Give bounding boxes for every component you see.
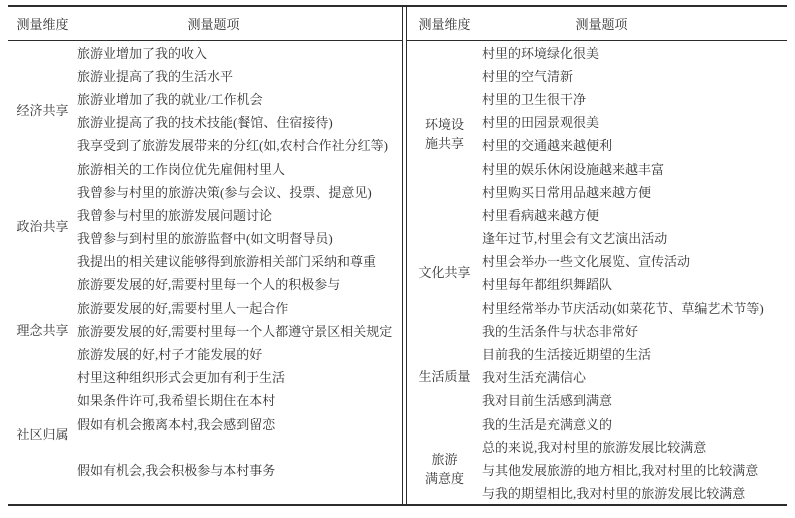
item-cell: 村里看病越来越方便 — [482, 203, 787, 226]
item-cell: 旅游要发展的好,需要村里人一起合作 — [77, 296, 402, 319]
item-cell: 与我的期望相比,我对村里的旅游发展比较满意 — [482, 481, 787, 504]
item-cell: 总的来说,我对村里的旅游发展比较满意 — [482, 435, 787, 458]
item-cell: 村里会举办一些文化展览、宣传活动 — [482, 249, 787, 272]
item-cell: 村里的空气清新 — [482, 64, 787, 87]
item-cell: 我的生活是充满意义的 — [482, 412, 787, 435]
item-cell: 我曾参与村里的旅游决策(参与会议、投票、提意见) — [77, 180, 402, 203]
dimension-cell: 环境设 施共享 — [407, 41, 482, 227]
item-cell: 村里的田园景观很美 — [482, 110, 787, 133]
table-row: 理念共享旅游要发展的好,需要村里每一个人的积极参与 — [8, 272, 402, 295]
dimension-cell: 经济共享 — [8, 41, 77, 180]
scale-table-left-half: 测量维度 测量题项 经济共享旅游业增加了我的收入旅游业提高了我的生活水平旅游业增… — [8, 7, 402, 504]
table-row: 文化共享逢年过节,村里会有文艺演出活动 — [407, 226, 787, 249]
table-row: 经济共享旅游业增加了我的收入 — [8, 41, 402, 64]
table-header-row: 测量维度 测量题项 — [407, 7, 787, 41]
item-cell: 村里的交通越来越便利 — [482, 133, 787, 156]
item-cell: 逢年过节,村里会有文艺演出活动 — [482, 226, 787, 249]
dimension-cell: 旅游 满意度 — [407, 435, 482, 505]
table-row: 社区归属如果条件许可,我希望长期住在本村 — [8, 388, 402, 411]
item-cell: 旅游相关的工作岗位优先雇佣村里人 — [77, 156, 402, 179]
item-cell: 我的生活条件与状态非常好 — [482, 319, 787, 342]
item-cell: 村里每年都组织舞蹈队 — [482, 272, 787, 295]
item-cell: 村里经常举办节庆活动(如菜花节、草编艺术节等) — [482, 296, 787, 319]
table-row: 政治共享我曾参与村里的旅游决策(参与会议、投票、提意见) — [8, 180, 402, 203]
table-spacer-row — [8, 481, 402, 504]
item-cell: 假如有机会,我会积极参与本村事务 — [77, 458, 402, 481]
item-cell: 旅游要发展的好,需要村里每一个人的积极参与 — [77, 272, 402, 295]
item-cell: 假如有机会搬离本村,我会感到留恋 — [77, 412, 402, 435]
item-cell: 村里的环境绿化很美 — [482, 41, 787, 64]
item-cell: 旅游业提高了我的技术技能(餐馆、住宿接待) — [77, 110, 402, 133]
dimension-cell: 生活质量 — [407, 319, 482, 435]
column-header-items: 测量题项 — [482, 7, 787, 41]
table-row: 生活质量我的生活条件与状态非常好 — [407, 319, 787, 342]
item-cell: 我享受到了旅游发展带来的分红(如,农村合作社分红等) — [77, 133, 402, 156]
column-header-items: 测量题项 — [77, 7, 402, 41]
item-cell: 我提出的相关建议能够得到旅游相关部门采纳和尊重 — [77, 249, 402, 272]
item-cell: 我对目前生活感到满意 — [482, 388, 787, 411]
column-header-dimension: 测量维度 — [407, 7, 482, 41]
item-cell: 旅游要发展的好,需要村里每一个人都遵守景区相关规定 — [77, 319, 402, 342]
item-cell: 与其他发展旅游的地方相比,我对村里的比较满意 — [482, 458, 787, 481]
item-cell: 村里的卫生很干净 — [482, 87, 787, 110]
dimension-cell: 理念共享 — [8, 272, 77, 388]
item-cell: 村里这种组织形式会更加有利于生活 — [77, 365, 402, 388]
scale-table-right-half: 测量维度 测量题项 环境设 施共享村里的环境绿化很美村里的空气清新村里的卫生很干… — [407, 7, 787, 504]
item-cell — [77, 481, 402, 504]
item-cell: 如果条件许可,我希望长期住在本村 — [77, 388, 402, 411]
item-cell: 我对生活充满信心 — [482, 365, 787, 388]
dimension-cell: 文化共享 — [407, 226, 482, 319]
item-cell: 旅游业增加了我的就业/工作机会 — [77, 87, 402, 110]
table-header-row: 测量维度 测量题项 — [8, 7, 402, 41]
item-cell: 旅游业增加了我的收入 — [77, 41, 402, 64]
item-cell: 我曾参与村里的旅游发展问题讨论 — [77, 203, 402, 226]
item-cell: 目前我的生活接近期望的生活 — [482, 342, 787, 365]
item-cell: 旅游业提高了我的生活水平 — [77, 64, 402, 87]
table-row: 环境设 施共享村里的环境绿化很美 — [407, 41, 787, 64]
dimension-cell: 政治共享 — [8, 180, 77, 273]
item-cell: 村里购买日常用品越来越方便 — [482, 180, 787, 203]
column-header-dimension: 测量维度 — [8, 7, 77, 41]
item-cell: 旅游发展的好,村子才能发展的好 — [77, 342, 402, 365]
item-cell: 村里的娱乐休闲设施越来越丰富 — [482, 156, 787, 179]
table-row: 旅游 满意度总的来说,我对村里的旅游发展比较满意 — [407, 435, 787, 458]
item-cell: 我曾参与到村里的旅游监督中(如文明督导员) — [77, 226, 402, 249]
dimension-cell — [8, 481, 77, 504]
item-cell — [77, 435, 402, 458]
dimension-cell: 社区归属 — [8, 388, 77, 481]
measurement-scale-table: 测量维度 测量题项 经济共享旅游业增加了我的收入旅游业提高了我的生活水平旅游业增… — [8, 5, 787, 506]
